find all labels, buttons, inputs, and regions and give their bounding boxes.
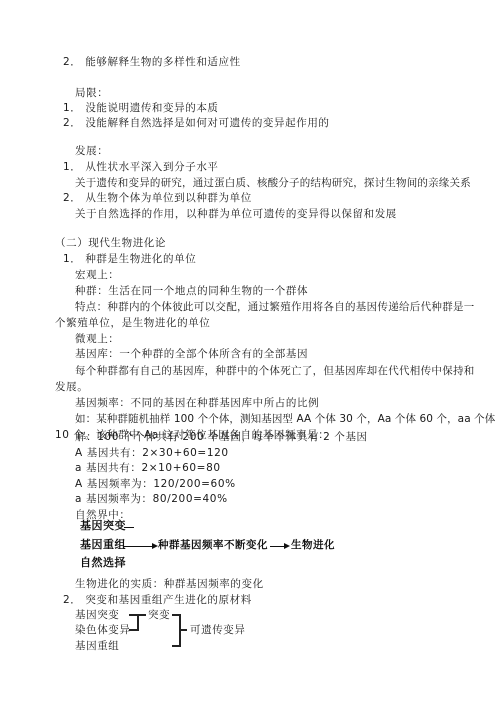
bracket-1-vertical — [137, 614, 139, 631]
calc-a-count: a 基因共有：2×10+60=80 — [75, 461, 221, 475]
population-features: 特点：种群内的个体彼此可以交配，通过繁殖作用将各自的基因传递给后代种群是一 — [75, 300, 475, 314]
bracket-2-vertical — [179, 614, 181, 647]
evolution-essence: 生物进化的实质：种群基因频率的变化 — [75, 577, 264, 591]
development-1: 1． 从性状水平深入到分子水平 — [63, 160, 219, 174]
gene-pool-explanation-cont: 发展。 — [55, 380, 88, 394]
bracket-2-out — [179, 629, 187, 631]
bracket-1-out — [137, 614, 146, 616]
subheading-population-unit: 1． 种群是生物进化的单位 — [63, 252, 196, 266]
micro-label: 微观上： — [75, 332, 119, 346]
arrow-right-icon — [284, 543, 290, 549]
diagram-arrow-1-line — [124, 546, 154, 547]
limitation-1: 1． 没能说明遗传和变异的本质 — [63, 101, 219, 115]
development-2-detail: 关于自然选择的作用，以种群为单位可遗传的变异得以保留和发展 — [75, 207, 397, 221]
heading-development: 发展： — [75, 144, 108, 158]
section-heading-modern-evolution: （二）现代生物进化论 — [55, 236, 166, 250]
gene-pool-explanation: 每个种群都有自己的基因库，种群中的个体死亡了，但基因库却在代代相传中保持和 — [75, 364, 475, 378]
gene-frequency-definition: 基因频率：不同的基因在种群基因库中所占的比例 — [75, 396, 319, 410]
population-features-cont: 个繁殖单位，是生物进化的单位 — [55, 316, 210, 330]
variation-chromosome: 染色体变异 — [75, 623, 131, 637]
macro-label: 宏观上： — [75, 268, 119, 282]
heading-limitations: 局限： — [75, 86, 108, 100]
development-1-detail: 关于遗传和变异的研究，通过蛋白质、核酸分子的结构研究，探讨生物间的亲缘关系 — [75, 176, 471, 190]
solution-total-genes: 解：100 个个体共有 200 个基因，每个个体具有 2 个基因 — [75, 430, 368, 444]
point-explain-diversity: 2． 能够解释生物的多样性和适应性 — [63, 55, 241, 69]
calc-A-count: A 基因共有：2×30+60=120 — [75, 446, 229, 460]
variation-group-mutation: 突变 — [148, 608, 170, 622]
calc-A-frequency: A 基因频率为：120/200=60% — [75, 477, 236, 491]
subheading-mutation-recombination: 2． 突变和基因重组产生进化的原材料 — [63, 593, 252, 607]
population-definition: 种群：生活在同一个地点的同种生物的一个群体 — [75, 284, 308, 298]
example-problem: 如：某种群随机抽样 100 个个体，测知基因型 AA 个体 30 个，Aa 个体… — [75, 412, 495, 426]
diagram-input-mutation: 基因突变 — [80, 519, 126, 533]
variation-group-heritable: 可遗传变异 — [190, 623, 246, 637]
development-2: 2． 从生物个体为单位到以种群为单位 — [63, 191, 252, 205]
diagram-input-selection: 自然选择 — [80, 556, 126, 570]
limitation-2: 2． 没能解释自然选择是如何对可遗传的变异起作用的 — [63, 116, 330, 130]
calc-a-frequency: a 基因频率为：80/200=40% — [75, 492, 228, 506]
diagram-input-recombination: 基因重组 — [80, 538, 126, 552]
variation-gene-mutation: 基因突变 — [75, 608, 119, 622]
diagram-middle: 种群基因频率不断变化 — [158, 538, 268, 552]
gene-pool-definition: 基因库：一个种群的全部个体所含有的全部基因 — [75, 347, 308, 361]
variation-recombination: 基因重组 — [75, 639, 119, 653]
diagram-result: 生物进化 — [291, 538, 335, 552]
diagram-dash — [124, 527, 134, 528]
